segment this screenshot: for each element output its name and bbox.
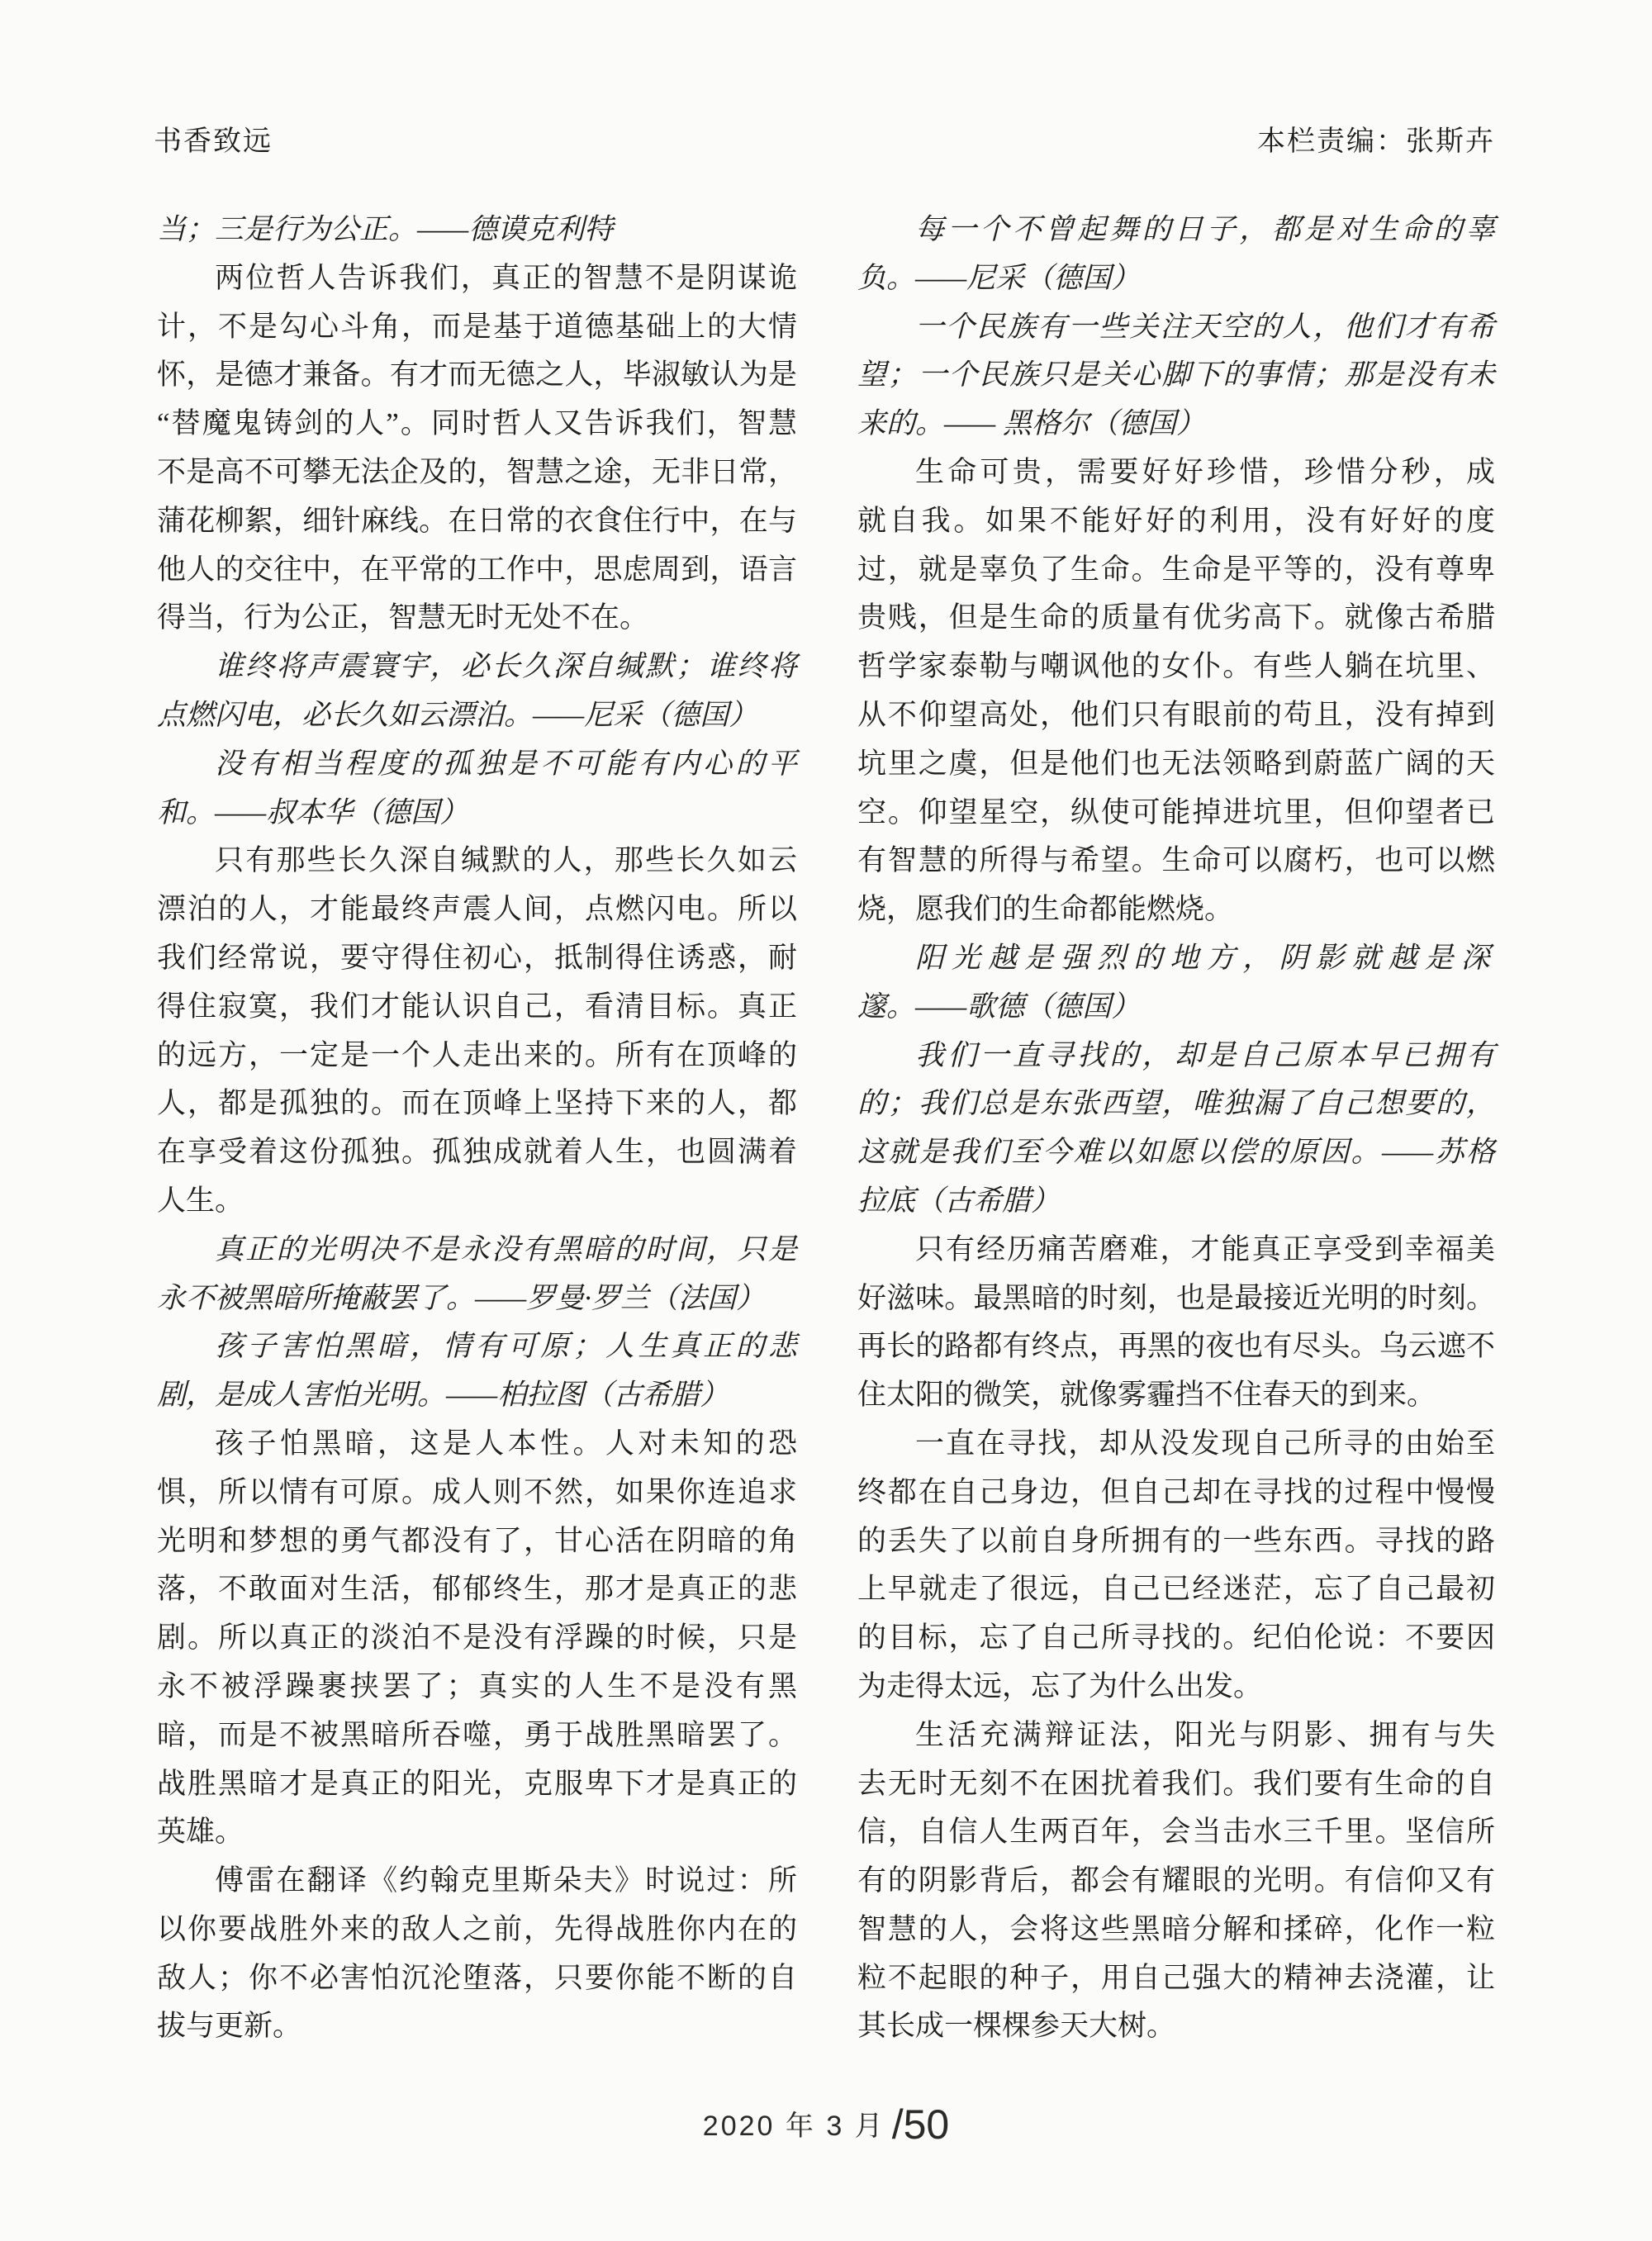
left-text-column: 当；三是行为公正。——德谟克利特两位哲人告诉我们，真正的智慧不是阴谋诡计，不是勾… (157, 206, 797, 2051)
text-line: 好滋味。最黑暗的时刻，也是最接近光明的时刻。 (857, 1275, 1495, 1323)
text-line: 暗，而是不被黑暗所吞噬，勇于战胜黑暗罢了。 (157, 1712, 797, 1760)
editor-credit: 本栏责编：张斯卉 (1257, 124, 1495, 159)
text-line: 哲学家泰勒与嘲讽他的女仆。有些人躺在坑里、 (857, 643, 1495, 691)
text-line: 计，不是勾心斗角，而是基于道德基础上的大情 (157, 303, 797, 352)
text-line: 蒲花柳絮，细针麻线。在日常的衣食住行中，在与 (157, 497, 797, 546)
text-line: 拔与更新。 (157, 2002, 797, 2051)
text-line: 从不仰望高处，他们只有眼前的苟且，没有掉到 (857, 691, 1495, 740)
text-line: 当；三是行为公正。——德谟克利特 (157, 206, 797, 254)
text-line: 没有相当程度的孤独是不可能有内心的平 (157, 740, 797, 789)
text-line: 这就是我们至今难以如愿以偿的原因。——苏格 (857, 1128, 1495, 1177)
text-line: 就自我。如果不能好好的利用，没有好好的度 (857, 497, 1495, 546)
text-line: 英雄。 (157, 1808, 797, 1857)
text-line: 邃。——歌德（德国） (857, 983, 1495, 1032)
text-line: 光明和梦想的勇气都没有了，甘心活在阴暗的角 (157, 1517, 797, 1566)
text-line: 真正的光明决不是永没有黑暗的时间，只是 (157, 1226, 797, 1275)
page-number: /50 (892, 2101, 950, 2148)
text-line: 空。仰望星空，纵使可能掉进坑里，但仰望者已 (857, 789, 1495, 838)
text-line: 粒不起眼的种子，用自己强大的精神去浇灌，让 (857, 1954, 1495, 2003)
text-line: 敌人；你不必害怕沉沦堕落，只要你能不断的自 (157, 1954, 797, 2003)
text-line: 有的阴影背后，都会有耀眼的光明。有信仰又有 (857, 1857, 1495, 1906)
text-line: 上早就走了很远，自己已经迷茫，忘了自己最初 (857, 1565, 1495, 1614)
text-line: 落，不敢面对生活，郁郁终生，那才是真正的悲 (157, 1565, 797, 1614)
text-line: 两位哲人告诉我们，真正的智慧不是阴谋诡 (157, 254, 797, 303)
text-line: 剧。所以真正的淡泊不是没有浮躁的时候，只是 (157, 1614, 797, 1663)
magazine-page: 书香致远 本栏责编：张斯卉 当；三是行为公正。——德谟克利特两位哲人告诉我们，真… (0, 0, 1652, 2241)
page-footer: 2020 年 3 月/50 (0, 2101, 1652, 2148)
text-line: 信，自信人生两百年，会当击水三千里。坚信所 (857, 1808, 1495, 1857)
text-line: 其长成一棵棵参天大树。 (857, 2002, 1495, 2051)
text-line: 生活充满辩证法，阳光与阴影、拥有与失 (857, 1712, 1495, 1760)
text-line: 烧，愿我们的生命都能燃烧。 (857, 885, 1495, 934)
text-line: 终都在自己身边，但自己却在寻找的过程中慢慢 (857, 1469, 1495, 1517)
text-line: 孩子怕黑暗，这是人本性。人对未知的恐 (157, 1420, 797, 1469)
text-line: 为走得太远，忘了为什么出发。 (857, 1663, 1495, 1712)
text-line: 人生。 (157, 1177, 797, 1226)
text-line: 惧，所以情有可原。成人则不然，如果你连追求 (157, 1469, 797, 1517)
text-line: 去无时无刻不在困扰着我们。我们要有生命的自 (857, 1760, 1495, 1809)
right-text-column: 每一个不曾起舞的日子，都是对生命的辜负。——尼采（德国）一个民族有一些关注天空的… (857, 206, 1495, 2051)
text-line: 生命可贵，需要好好珍惜，珍惜分秒，成 (857, 449, 1495, 497)
text-line: 孩子害怕黑暗，情有可原；人生真正的悲 (157, 1322, 797, 1371)
text-line: 得当，行为公正，智慧无时无处不在。 (157, 594, 797, 643)
text-line: 智慧的人，会将这些黑暗分解和揉碎，化作一粒 (857, 1906, 1495, 1954)
text-line: 有智慧的所得与希望。生命可以腐朽，也可以燃 (857, 837, 1495, 885)
text-line: 他人的交往中，在平常的工作中，思虑周到，语言 (157, 546, 797, 595)
text-line: 坑里之虞，但是他们也无法领略到蔚蓝广阔的天 (857, 740, 1495, 789)
text-line: 的丢失了以前自身所拥有的一些东西。寻找的路 (857, 1517, 1495, 1566)
text-line: 以你要战胜外来的敌人之前，先得战胜你内在的 (157, 1906, 797, 1954)
text-line: 每一个不曾起舞的日子，都是对生命的辜 (857, 206, 1495, 254)
text-line: 漂泊的人，才能最终声震人间，点燃闪电。所以 (157, 885, 797, 934)
text-line: 一个民族有一些关注天空的人，他们才有希 (857, 303, 1495, 352)
text-line: 拉底（古希腊） (857, 1177, 1495, 1226)
text-line: 谁终将声震寰宇，必长久深自缄默；谁终将 (157, 643, 797, 691)
issue-date: 2020 年 3 月 (703, 2110, 885, 2142)
text-line: 永不被浮躁裹挟罢了；真实的人生不是没有黑 (157, 1663, 797, 1712)
text-line: 怀，是德才兼备。有才而无德之人，毕淑敏认为是 (157, 351, 797, 400)
text-line: 在享受着这份孤独。孤独成就着人生，也圆满着 (157, 1128, 797, 1177)
text-line: 阳光越是强烈的地方，阴影就越是深 (857, 934, 1495, 983)
column-title: 书香致远 (154, 124, 273, 159)
text-line: 过，就是辜负了生命。生命是平等的，没有尊卑 (857, 546, 1495, 595)
text-line: 只有经历痛苦磨难，才能真正享受到幸福美 (857, 1226, 1495, 1275)
text-line: 的远方，一定是一个人走出来的。所有在顶峰的 (157, 1032, 797, 1080)
text-line: 人，都是孤独的。而在顶峰上坚持下来的人，都 (157, 1080, 797, 1128)
text-line: 剧，是成人害怕光明。——柏拉图（古希腊） (157, 1371, 797, 1420)
text-line: 再长的路都有终点，再黑的夜也有尽头。乌云遮不 (857, 1322, 1495, 1371)
text-line: 不是高不可攀无法企及的，智慧之途，无非日常， (157, 449, 797, 497)
text-line: 我们经常说，要守得住初心，抵制得住诱惑，耐 (157, 934, 797, 983)
text-line: 来的。—— 黑格尔（德国） (857, 400, 1495, 449)
text-line: 永不被黑暗所掩蔽罢了。——罗曼·罗兰（法国） (157, 1275, 797, 1323)
text-line: 的目标，忘了自己所寻找的。纪伯伦说：不要因 (857, 1614, 1495, 1663)
text-line: 住太阳的微笑，就像雾霾挡不住春天的到来。 (857, 1371, 1495, 1420)
text-line: 的；我们总是东张西望，唯独漏了自己想要的， (857, 1080, 1495, 1128)
text-line: 傅雷在翻译《约翰克里斯朵夫》时说过：所 (157, 1857, 797, 1906)
text-line: 望；一个民族只是关心脚下的事情；那是没有未 (857, 351, 1495, 400)
text-line: 得住寂寞，我们才能认识自己，看清目标。真正 (157, 983, 797, 1032)
text-line: 只有那些长久深自缄默的人，那些长久如云 (157, 837, 797, 885)
text-line: 点燃闪电，必长久如云漂泊。——尼采（德国） (157, 691, 797, 740)
text-line: “替魔鬼铸剑的人”。同时哲人又告诉我们，智慧 (157, 400, 797, 449)
text-line: 战胜黑暗才是真正的阳光，克服卑下才是真正的 (157, 1760, 797, 1809)
text-line: 贵贱，但是生命的质量有优劣高下。就像古希腊 (857, 594, 1495, 643)
text-line: 和。——叔本华（德国） (157, 789, 797, 838)
text-line: 一直在寻找，却从没发现自己所寻的由始至 (857, 1420, 1495, 1469)
text-line: 负。——尼采（德国） (857, 254, 1495, 303)
page-header: 书香致远 本栏责编：张斯卉 (154, 124, 1495, 159)
text-line: 我们一直寻找的，却是自己原本早已拥有 (857, 1032, 1495, 1080)
